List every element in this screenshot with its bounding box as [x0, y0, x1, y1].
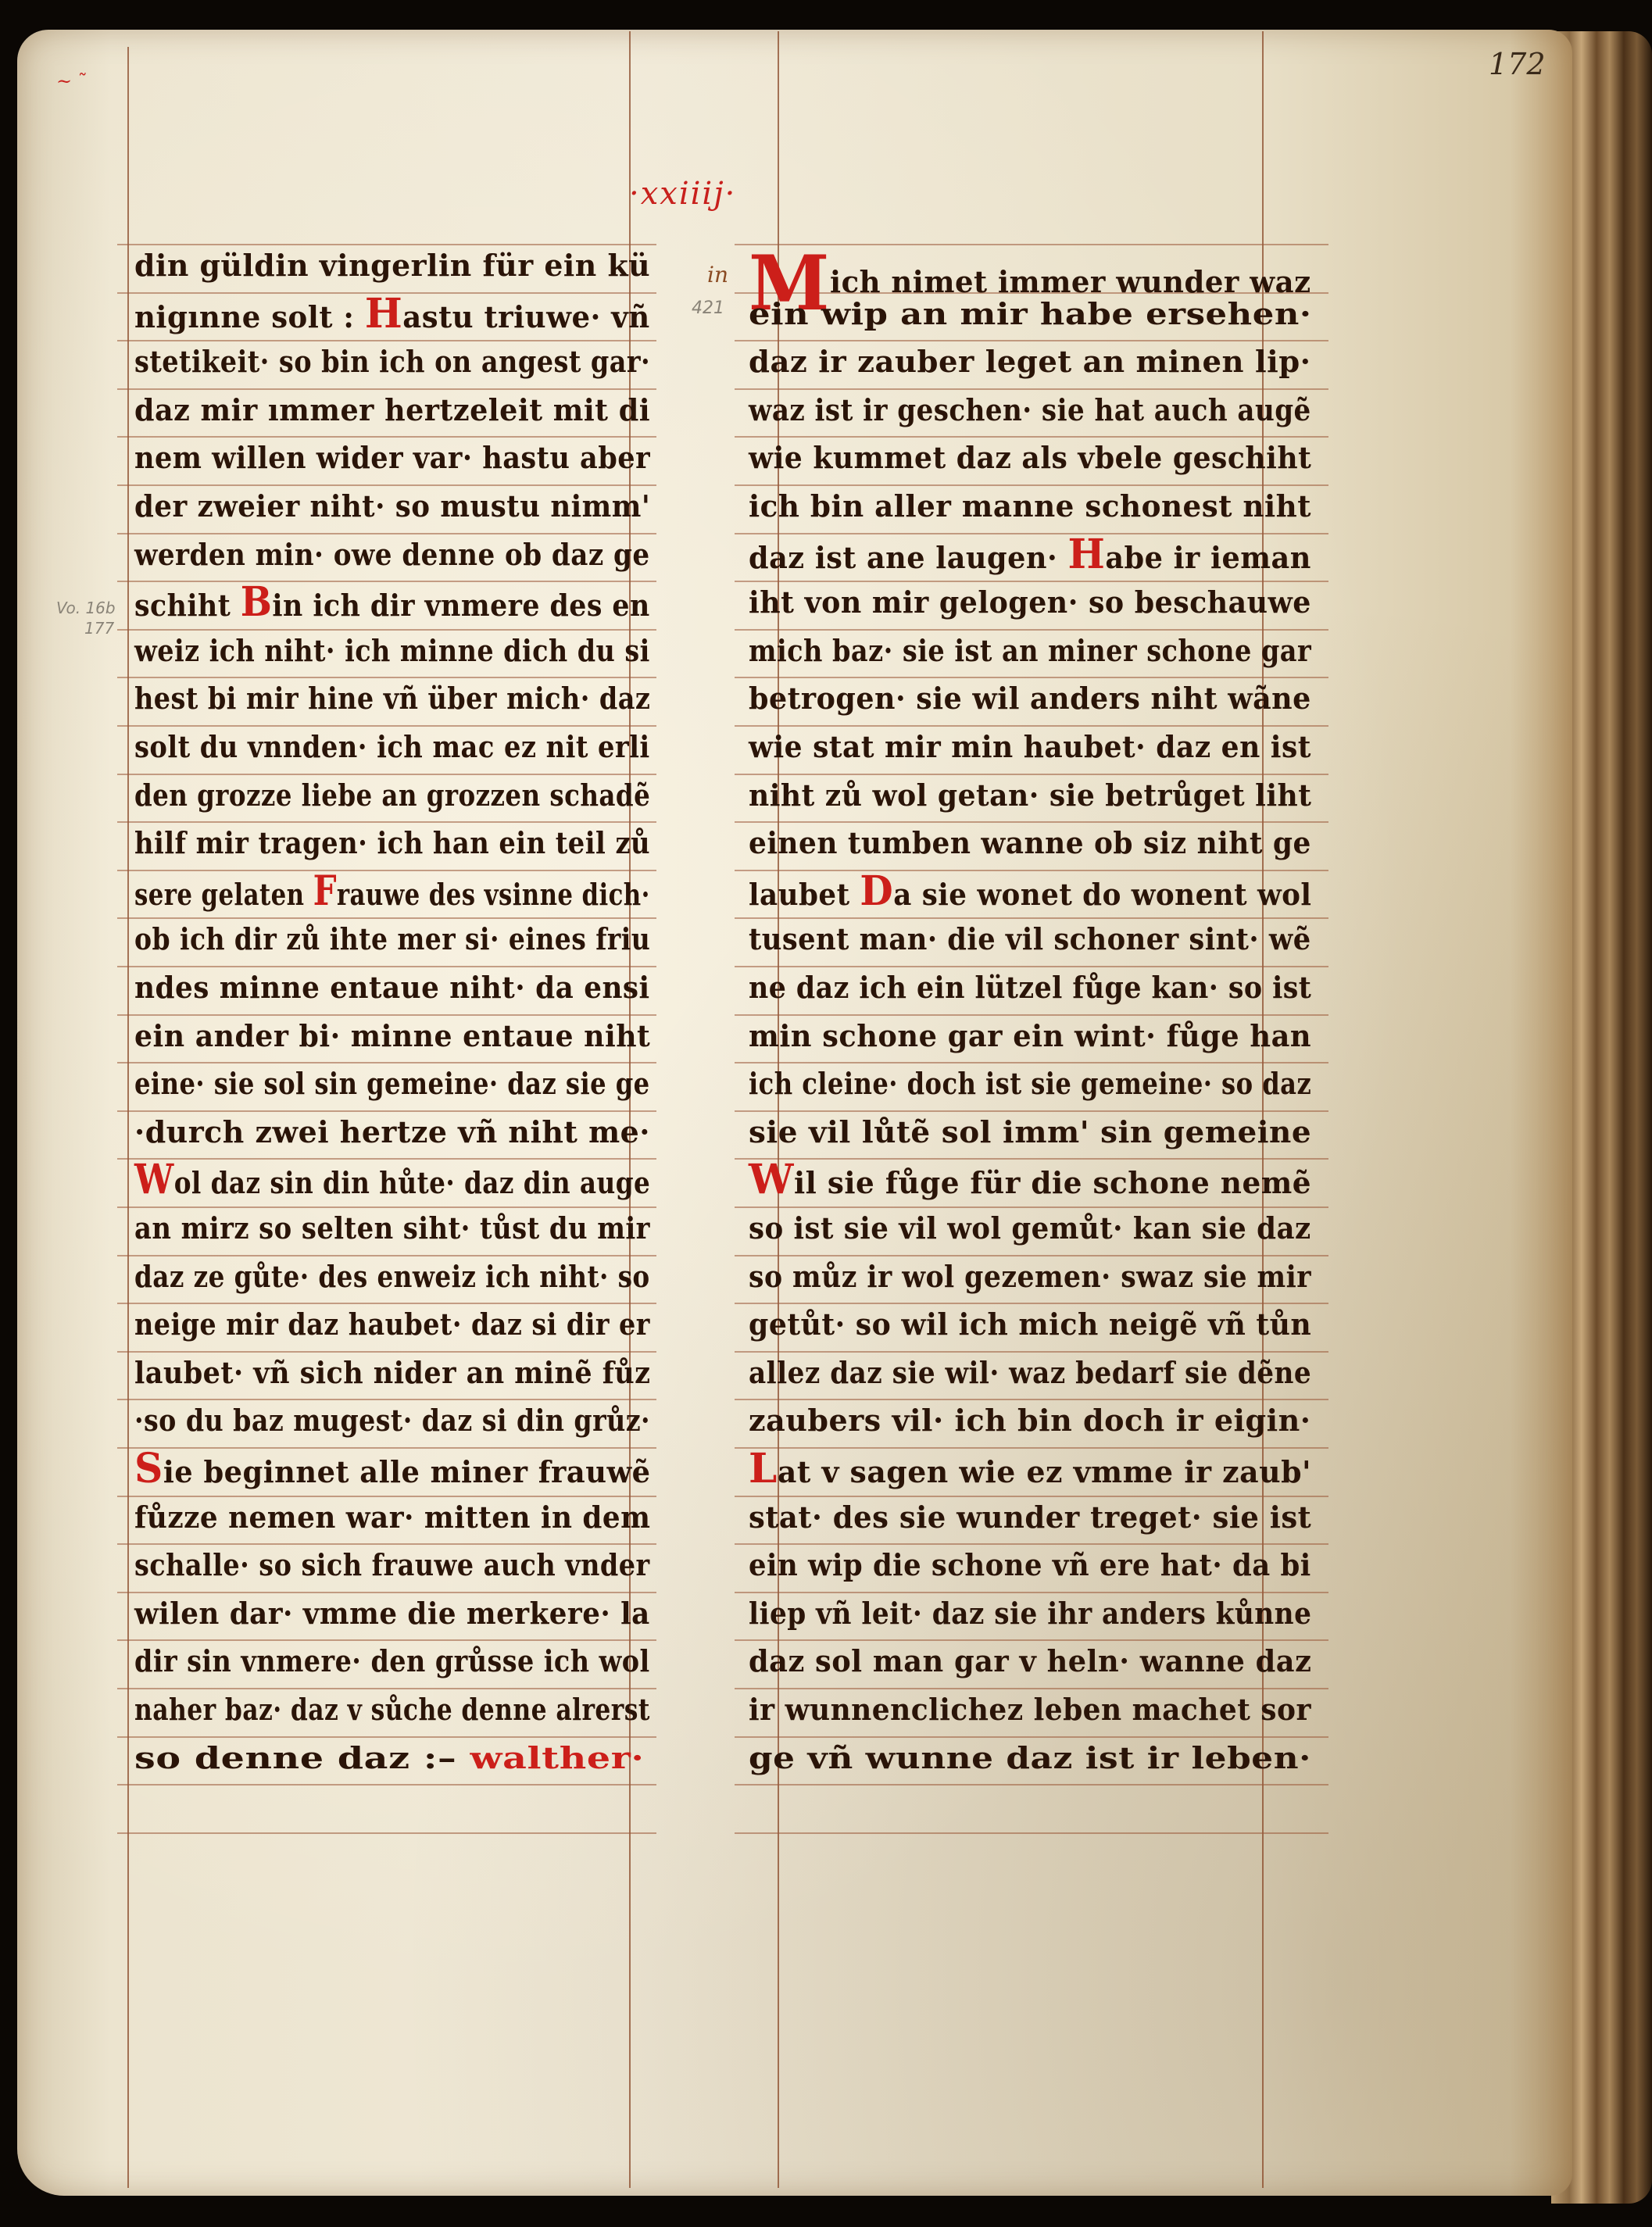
text-line: so ist sie vil wol gemůt· kan sie daz [749, 1211, 1311, 1246]
line-text: getůt· so wil ich mich neigẽ vñ tůn [749, 1307, 1311, 1342]
line-text: daz mir ımmer hertzeleit mit di [134, 392, 650, 427]
line-text: so denne daz :– [134, 1740, 456, 1775]
line-text: astu triuwe· vñ [402, 299, 649, 334]
line-text: iht von mir gelogen· so beschauwe [749, 584, 1311, 620]
line-text: hest bi mir hine vñ über mich· daz [134, 681, 650, 716]
ruling-line [735, 1303, 1328, 1304]
text-line: solt du vnnden· ich mac ez nit erli [134, 730, 650, 764]
ruling-line [735, 725, 1328, 727]
line-text: niht zů wol getan· sie betrůget liht [749, 777, 1311, 813]
line-text: daz ir zauber leget an minen lip· [749, 344, 1311, 379]
text-line: laubet Da sie wonet do wonent wol [749, 874, 1311, 912]
ruling-line [117, 533, 656, 534]
text-line: einen tumben wanne ob siz niht ge [749, 826, 1311, 860]
text-line: fůzze nemen war· mitten in dem [134, 1500, 650, 1535]
text-line: betrogen· sie wil anders niht wãne [749, 681, 1311, 716]
ruling-line [735, 870, 1328, 871]
text-line: ein wip die schone vñ ere hat· da bi [749, 1548, 1311, 1582]
ruling-line [117, 1062, 656, 1063]
ruling-vertical-left-outer [127, 47, 129, 2188]
text-line: ir wunnenclichez leben machet sor [749, 1693, 1311, 1727]
text-line: nigınne solt : Hastu triuwe· vñ [134, 297, 650, 334]
line-text: wilen dar· vmme die merkere· la [134, 1596, 650, 1631]
text-line: an mirz so selten siht· tůst du mir [134, 1211, 650, 1246]
line-text: ir wunnenclichez leben machet sor [749, 1692, 1311, 1727]
ruling-line [117, 821, 656, 823]
ruling-line [735, 1784, 1328, 1786]
text-line: naher baz· daz v sůche denne alrerst [134, 1693, 650, 1727]
ruling-line [117, 581, 656, 582]
chapter-numeral-heading: ·xxiiij· [629, 176, 731, 212]
text-line: Wil sie fůge für die schone nemẽ [749, 1163, 1311, 1200]
line-text: wie stat mir min haubet· daz en ist [749, 729, 1311, 764]
ruling-line [735, 1639, 1328, 1641]
ruling-line [735, 1543, 1328, 1545]
text-line: ich bin aller manne schonest niht [749, 489, 1311, 524]
ruling-line [117, 1784, 656, 1786]
rubric-author-name: walther· [470, 1740, 645, 1775]
line-text: ob ich dir zů ihte mer si· eines friu [134, 921, 650, 956]
ruling-line [735, 1255, 1328, 1256]
line-text-before-initial: nigınne solt : [134, 299, 354, 334]
rubricated-initial: W [134, 1156, 174, 1203]
line-text: ·durch zwei hertze vñ niht me· [134, 1114, 650, 1149]
text-line: weiz ich niht· ich minne dich du si [134, 634, 650, 668]
line-text: so můz ir wol gezemen· swaz sie mir [749, 1259, 1311, 1294]
rubricated-initial: H [365, 290, 402, 338]
line-text: ol daz sin din hůte· daz din auge [174, 1165, 651, 1200]
line-text: mich baz· sie ist an miner schone gar [749, 633, 1311, 668]
margin-note-line: 177 [56, 618, 116, 638]
line-text: ein ander bi· minne entaue niht [134, 1018, 650, 1053]
line-text: ·so du baz mugest· daz si din grůz· [134, 1403, 650, 1438]
line-text-before-initial: sere gelaten [134, 877, 304, 912]
line-text: sie vil lůtẽ sol imm' sin gemeine [749, 1114, 1311, 1149]
rubricated-initial: D [860, 867, 893, 915]
line-text: ich nimet immer wunder waz [830, 264, 1311, 299]
text-line: ich cleine· doch ist sie gemeine· so daz [749, 1067, 1311, 1101]
line-text: werden min· owe denne ob daz ge [134, 537, 650, 572]
ruling-line [735, 484, 1328, 486]
ruling-line [735, 1592, 1328, 1593]
line-text: ich bin aller manne schonest niht [749, 488, 1311, 524]
ruling-line [117, 436, 656, 438]
text-line: niht zů wol getan· sie betrůget liht [749, 778, 1311, 813]
text-line: allez daz sie wil· waz bedarf sie dẽne [749, 1356, 1311, 1390]
line-text: in ich dir vnmere des en [272, 588, 649, 623]
rubricated-initial: B [241, 578, 273, 626]
line-text: naher baz· daz v sůche denne alrerst [134, 1692, 650, 1727]
line-text: neige mir daz haubet· daz si dir er [134, 1307, 650, 1342]
ruling-line [735, 581, 1328, 582]
margin-note-421: 421 [692, 298, 724, 319]
line-text: il sie fůge für die schone nemẽ [794, 1165, 1311, 1200]
text-line: den grozze liebe an grozzen schadẽ [134, 778, 650, 813]
text-line: min schone gar ein wint· fůge han [749, 1019, 1311, 1053]
line-text: daz ze gůte· des enweiz ich niht· so [134, 1259, 650, 1294]
margin-note-line: Vo. 16b [56, 598, 116, 618]
ruling-line [735, 966, 1328, 967]
line-text: a sie wonet do wonent wol [893, 877, 1311, 912]
line-text: weiz ich niht· ich minne dich du si [134, 633, 650, 668]
ruling-line [117, 1592, 656, 1593]
ruling-line [735, 388, 1328, 390]
line-text: solt du vnnden· ich mac ez nit erli [134, 729, 650, 764]
ruling-line [117, 1736, 656, 1738]
ruling-line [117, 1303, 656, 1304]
text-line: ·durch zwei hertze vñ niht me· [134, 1115, 650, 1149]
ruling-line [117, 917, 656, 919]
line-text: den grozze liebe an grozzen schadẽ [134, 777, 650, 813]
line-text: dir sin vnmere· den grůsse ich wol [134, 1643, 650, 1678]
line-text: rauwe des vsinne dich· [337, 877, 650, 912]
ruling-line [735, 340, 1328, 341]
text-line: ge vñ wunne daz ist ir leben· [749, 1741, 1311, 1775]
ruling-line [117, 1639, 656, 1641]
ruling-line [117, 1496, 656, 1497]
text-line: Wol daz sin din hůte· daz din auge [134, 1163, 650, 1200]
margin-note-in: in [707, 262, 728, 288]
ruling-line [117, 1014, 656, 1016]
ruling-line [117, 629, 656, 631]
line-text: din güldin vingerlin für ein kü [134, 248, 650, 283]
text-line: ein ander bi· minne entaue niht [134, 1019, 650, 1053]
ruling-line [117, 388, 656, 390]
line-text: der zweier niht· so mustu nimm' [134, 488, 650, 524]
line-text: min schone gar ein wint· fůge han [749, 1018, 1311, 1053]
ruling-line [735, 1014, 1328, 1016]
ruling-line [117, 484, 656, 486]
ruling-line [735, 821, 1328, 823]
ruling-line [117, 1351, 656, 1353]
text-line: mich baz· sie ist an miner schone gar [749, 634, 1311, 668]
ruling-line [117, 1206, 656, 1208]
text-line: Lat v sagen wie ez vmme ir zaub' [749, 1452, 1311, 1489]
ruling-line [735, 1110, 1328, 1112]
text-line: daz ze gůte· des enweiz ich niht· so [134, 1260, 650, 1294]
text-line: liep vñ leit· daz sie ihr anders kůnne [749, 1596, 1311, 1631]
ruling-line [735, 533, 1328, 534]
ruling-line [735, 1496, 1328, 1497]
text-line: ein wip an mir habe ersehen· [749, 297, 1312, 331]
line-text-before-initial: schiht [134, 588, 231, 623]
text-line: ob ich dir zů ihte mer si· eines friu [134, 922, 650, 956]
text-line: hest bi mir hine vñ über mich· daz [134, 681, 650, 716]
red-pen-mark: ~ ˜ [56, 70, 88, 92]
text-line: ndes minne entaue niht· da ensi [134, 971, 650, 1005]
line-text: ein wip die schone vñ ere hat· da bi [749, 1547, 1311, 1582]
text-line: schiht Bin ich dir vnmere des en [134, 585, 650, 623]
ruling-line [735, 1206, 1328, 1208]
line-text: allez daz sie wil· waz bedarf sie dẽne [749, 1355, 1311, 1390]
ruling-line [117, 340, 656, 341]
line-text: daz sol man gar v heln· wanne daz [749, 1643, 1311, 1678]
line-text: einen tumben wanne ob siz niht ge [749, 825, 1311, 860]
line-text: schalle· so sich frauwe auch vnder [134, 1547, 650, 1582]
text-line: din güldin vingerlin für ein kü [134, 248, 650, 283]
ruling-line [117, 1158, 656, 1160]
text-line: laubet· vñ sich nider an minẽ fůz [134, 1356, 650, 1390]
line-text: ndes minne entaue niht· da ensi [134, 970, 650, 1005]
text-line: stetikeit· so bin ich on angest gar· [134, 345, 650, 379]
line-text: ich cleine· doch ist sie gemeine· so daz [749, 1066, 1311, 1101]
line-text: stat· des sie wunder treget· sie ist [749, 1500, 1311, 1535]
line-text: fůzze nemen war· mitten in dem [134, 1500, 650, 1535]
margin-note-left-pencil: Vo. 16b 177 [56, 598, 116, 638]
text-line: daz ist ane laugen· Habe ir ieman [749, 538, 1311, 575]
line-text: waz ist ir geschen· sie hat auch augẽ [749, 392, 1311, 427]
text-line: daz sol man gar v heln· wanne daz [749, 1644, 1311, 1678]
rubricated-initial: S [134, 1445, 163, 1492]
text-line: hilf mir tragen· ich han ein teil zů [134, 826, 650, 860]
ruling-line [117, 966, 656, 967]
line-text: hilf mir tragen· ich han ein teil zů [134, 825, 650, 860]
text-line: wie stat mir min haubet· daz en ist [749, 730, 1311, 764]
ruling-line [117, 1543, 656, 1545]
text-line: werden min· owe denne ob daz ge [134, 538, 650, 572]
rubricated-initial: F [313, 867, 337, 915]
line-text: betrogen· sie wil anders niht wãne [749, 681, 1311, 716]
text-line: daz mir ımmer hertzeleit mit di [134, 393, 650, 427]
rubricated-initial: H [1067, 531, 1105, 578]
line-text: zaubers vil· ich bin doch ir eigin· [749, 1403, 1311, 1438]
text-line: waz ist ir geschen· sie hat auch augẽ [749, 393, 1311, 427]
ruling-line [735, 1158, 1328, 1160]
folio-number: 172 [1489, 47, 1546, 81]
ruling-line [117, 725, 656, 727]
ruling-line [117, 1110, 656, 1112]
line-text: so ist sie vil wol gemůt· kan sie daz [749, 1210, 1311, 1246]
text-line: eine· sie sol sin gemeine· daz sie ge [134, 1067, 650, 1101]
ruling-line [735, 436, 1328, 438]
text-line: wilen dar· vmme die merkere· la [134, 1596, 650, 1631]
ruling-line [735, 1062, 1328, 1063]
text-line: neige mir daz haubet· daz si dir er [134, 1307, 650, 1342]
ruling-line [735, 774, 1328, 775]
ruling-line [735, 629, 1328, 631]
line-text: ein wip an mir habe ersehen· [749, 296, 1312, 331]
text-line: ·so du baz mugest· daz si din grůz· [134, 1403, 650, 1438]
line-text: liep vñ leit· daz sie ihr anders kůnne [749, 1596, 1311, 1631]
line-text: stetikeit· so bin ich on angest gar· [134, 344, 650, 379]
line-text: wie kummet daz als vbele geschiht [749, 440, 1311, 475]
ruling-line [117, 1399, 656, 1400]
ruling-line [117, 244, 656, 245]
text-line: schalle· so sich frauwe auch vnder [134, 1548, 650, 1582]
line-text: ie beginnet alle miner frauwẽ [163, 1454, 651, 1489]
line-text: nem willen wider var· hastu aber [134, 440, 650, 475]
text-line: wie kummet daz als vbele geschiht [749, 441, 1311, 475]
line-text: tusent man· die vil schoner sint· wẽ [749, 921, 1311, 956]
ruling-line [735, 1351, 1328, 1353]
line-text-before-initial: laubet [749, 877, 850, 912]
text-line: der zweier niht· so mustu nimm' [134, 489, 650, 524]
rubricated-initial: W [749, 1156, 794, 1203]
ruling-line [735, 1399, 1328, 1400]
rubricated-initial: L [749, 1445, 778, 1492]
ruling-line [735, 677, 1328, 678]
text-line: ne daz ich ein lützel fůge kan· so ist [749, 971, 1311, 1005]
ruling-line [117, 1688, 656, 1689]
ruling-line [735, 1832, 1328, 1834]
ruling-line [735, 1447, 1328, 1449]
text-line: so můz ir wol gezemen· swaz sie mir [749, 1260, 1311, 1294]
ruling-line [735, 1736, 1328, 1738]
line-text: abe ir ieman [1105, 540, 1311, 575]
ruling-line [117, 1447, 656, 1449]
line-text: eine· sie sol sin gemeine· daz sie ge [134, 1066, 650, 1101]
text-line: zaubers vil· ich bin doch ir eigin· [749, 1403, 1311, 1438]
text-line: daz ir zauber leget an minen lip· [749, 345, 1311, 379]
ruling-line [117, 870, 656, 871]
text-line: stat· des sie wunder treget· sie ist [749, 1500, 1311, 1535]
line-text: ne daz ich ein lützel fůge kan· so ist [749, 970, 1311, 1005]
ruling-line [735, 917, 1328, 919]
ruling-line [117, 774, 656, 775]
ruling-line [117, 677, 656, 678]
ruling-line [735, 1688, 1328, 1689]
ruling-line [117, 1255, 656, 1256]
text-line: Sie beginnet alle miner frauwẽ [134, 1452, 650, 1489]
line-text: at v sagen wie ez vmme ir zaub' [778, 1454, 1311, 1489]
line-text: laubet· vñ sich nider an minẽ fůz [134, 1355, 650, 1390]
text-line: dir sin vnmere· den grůsse ich wol [134, 1644, 650, 1678]
text-line: getůt· so wil ich mich neigẽ vñ tůn [749, 1307, 1311, 1342]
line-text: an mirz so selten siht· tůst du mir [134, 1210, 650, 1246]
text-line: tusent man· die vil schoner sint· wẽ [749, 922, 1311, 956]
line-text-before-initial: daz ist ane laugen· [749, 540, 1057, 575]
text-line: iht von mir gelogen· so beschauwe [749, 585, 1311, 620]
text-line: nem willen wider var· hastu aber [134, 441, 650, 475]
ruling-line [117, 1832, 656, 1834]
line-text: ge vñ wunne daz ist ir leben· [749, 1740, 1311, 1775]
text-line: sere gelaten Frauwe des vsinne dich· [134, 874, 650, 912]
text-line: so denne daz :– walther· [134, 1741, 645, 1775]
text-line: sie vil lůtẽ sol imm' sin gemeine [749, 1115, 1311, 1149]
